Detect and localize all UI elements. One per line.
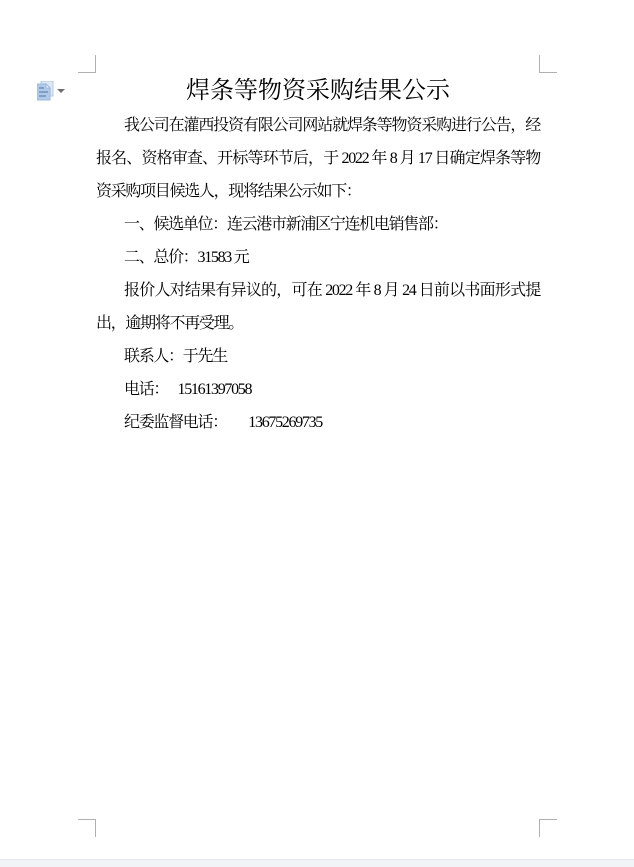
paragraph-total-price[interactable]: 二、总价：31583 元 <box>96 241 540 274</box>
paragraph-phone[interactable]: 电话： 15161397058 <box>96 373 540 406</box>
paragraph-candidate-unit[interactable]: 一、候选单位：连云港市新浦区宁连机电销售部： <box>96 208 540 241</box>
margin-mark-top-left <box>78 55 96 73</box>
margin-mark-bottom-left <box>78 819 96 837</box>
paste-options-button[interactable] <box>37 80 67 102</box>
document-title[interactable]: 焊条等物资采购结果公示 <box>96 73 540 109</box>
chevron-down-icon <box>57 89 65 93</box>
paragraph-supervision-phone[interactable]: 纪委监督电话： 13675269735 <box>96 406 540 439</box>
document-page: 焊条等物资采购结果公示 我公司在灌西投资有限公司网站就焊条等物资采购进行公告，经… <box>0 0 634 867</box>
horizontal-scrollbar-track <box>0 859 634 867</box>
paragraph-contact-person[interactable]: 联系人：于先生 <box>96 340 540 373</box>
document-text-area[interactable]: 焊条等物资采购结果公示 我公司在灌西投资有限公司网站就焊条等物资采购进行公告，经… <box>96 73 540 439</box>
paragraph-intro[interactable]: 我公司在灌西投资有限公司网站就焊条等物资采购进行公告，经报名、资格审查、开标等环… <box>96 109 540 208</box>
paragraph-objection-notice[interactable]: 报价人对结果有异议的，可在 2022 年 8 月 24 日前以书面形式提出，逾期… <box>96 274 540 340</box>
margin-mark-top-right <box>539 55 557 73</box>
margin-mark-bottom-right <box>539 819 557 837</box>
